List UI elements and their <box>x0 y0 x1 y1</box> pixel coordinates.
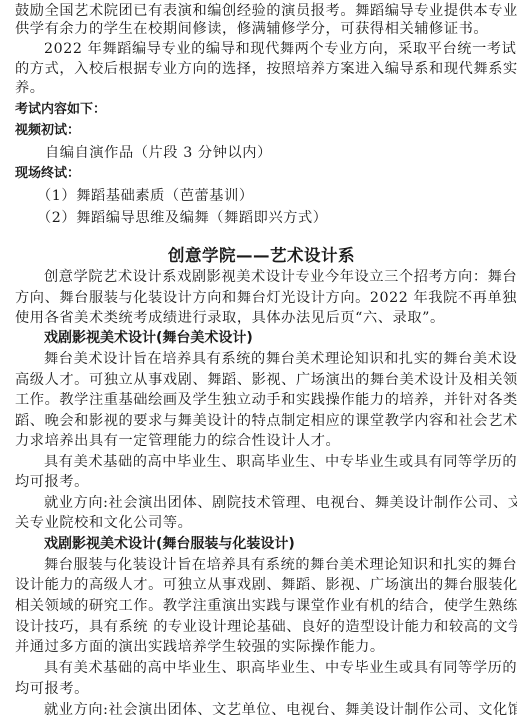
exam-heading: 考试内容如下： <box>15 100 106 120</box>
paragraph-line: 力求培养出具有一定管理能力的综合性设计人才。 <box>15 431 340 451</box>
final-exam-heading: 现场终试： <box>15 164 80 184</box>
section-title: 创意学院——艺术设计系 <box>15 245 508 267</box>
paragraph-line: 设计技巧，具有系统 的专业设计理论基础、良好的造型设计能力和较高的文学艺术素养， <box>15 617 508 637</box>
final-exam-item: （2）舞蹈编导思维及编舞（舞蹈即兴方式） <box>37 208 328 228</box>
paragraph-line: 设计能力的高级人才。可独立从事戏剧、舞蹈、影视、广场演出的舞台服装化装设计及 <box>15 575 508 595</box>
paragraph-line: 均可报考。 <box>15 472 89 492</box>
preliminary-exam-item: 自编自演作品（片段 3 分钟以内） <box>45 143 272 163</box>
paragraph-line: 2022 年舞蹈编导专业的编导和现代舞两个专业方向，采取平台统一考试、统一录取 <box>44 39 508 59</box>
paragraph-line: 使用各省美术类统考成绩进行录取，具体办法见后页“六、录取”。 <box>15 308 445 328</box>
paragraph-line: 创意学院艺术设计系戏剧影视美术设计专业今年设立三个招考方向：舞台美术设计 <box>44 267 508 287</box>
preliminary-exam-heading: 视频初试： <box>15 121 80 141</box>
paragraph-line: 的方式，入校后根据专业方向的选择，按照培养方案进入编导系和现代舞系实施人才培 <box>15 59 508 79</box>
paragraph-line: 养。 <box>15 78 45 98</box>
paragraph-line: 并通过多方面的演出实践培养学生较强的实际操作能力。 <box>15 637 385 657</box>
paragraph-line: 具有美术基础的高中毕业生、职高毕业生、中专毕业生或具有同等学历的社会人员 <box>44 658 508 678</box>
subsection-heading-costume-makeup-design: 戏剧影视美术设计(舞台服装与化装设计) <box>44 534 295 554</box>
final-exam-item: （1）舞蹈基础素质（芭蕾基训） <box>37 186 254 206</box>
paragraph-line: 工作。教学注重基础绘画及学生独立动手和实践操作能力的培养，并针对各类戏剧、舞 <box>15 390 508 410</box>
paragraph-line: 关专业院校和文化公司等。 <box>15 513 192 533</box>
paragraph-line: 方向、舞台服装与化装设计方向和舞台灯光设计方向。2022 年我院不再单独组织校考… <box>15 288 508 308</box>
paragraph-line: 均可报考。 <box>15 679 89 699</box>
paragraph-line: 舞台美术设计旨在培养具有系统的舞台美术理论知识和扎实的舞台美术设计能力的 <box>44 349 508 369</box>
paragraph-line: 就业方向:社会演出团体、剧院技术管理、电视台、舞美设计制作公司、文化馆、相 <box>44 493 508 513</box>
paragraph-line: 就业方向:社会演出团体、文艺单位、电视台、舞美设计制作公司、文化馆、相关专 <box>44 700 508 715</box>
paragraph-line: 相关领域的研究工作。教学注重演出实践与课堂作业有机的结合，使学生熟练掌握专业 <box>15 596 508 616</box>
paragraph-line: 鼓励全国艺术院团已有表演和编创经验的演员报考。舞蹈编导专业提供本专业辅修课程， <box>15 1 508 21</box>
paragraph-line: 高级人才。可独立从事戏剧、舞蹈、影视、广场演出的舞台美术设计及相关领域的研究 <box>15 370 508 390</box>
paragraph-line: 舞台服装与化装设计旨在培养具有系统的舞台美术理论知识和扎实的舞台服装化装 <box>44 555 508 575</box>
paragraph-line: 供学有余力的学生在校期间修读，修满辅修学分，可获得相关辅修证书。 <box>15 19 488 39</box>
subsection-heading-stage-design: 戏剧影视美术设计(舞台美术设计) <box>44 328 253 348</box>
paragraph-line: 具有美术基础的高中毕业生、职高毕业生、中专毕业生或具有同等学历的社会人员 <box>44 452 508 472</box>
paragraph-line: 蹈、晚会和影视的要求与舞美设计的特点制定相应的课堂教学内容和社会艺术实践活动， <box>15 411 508 431</box>
